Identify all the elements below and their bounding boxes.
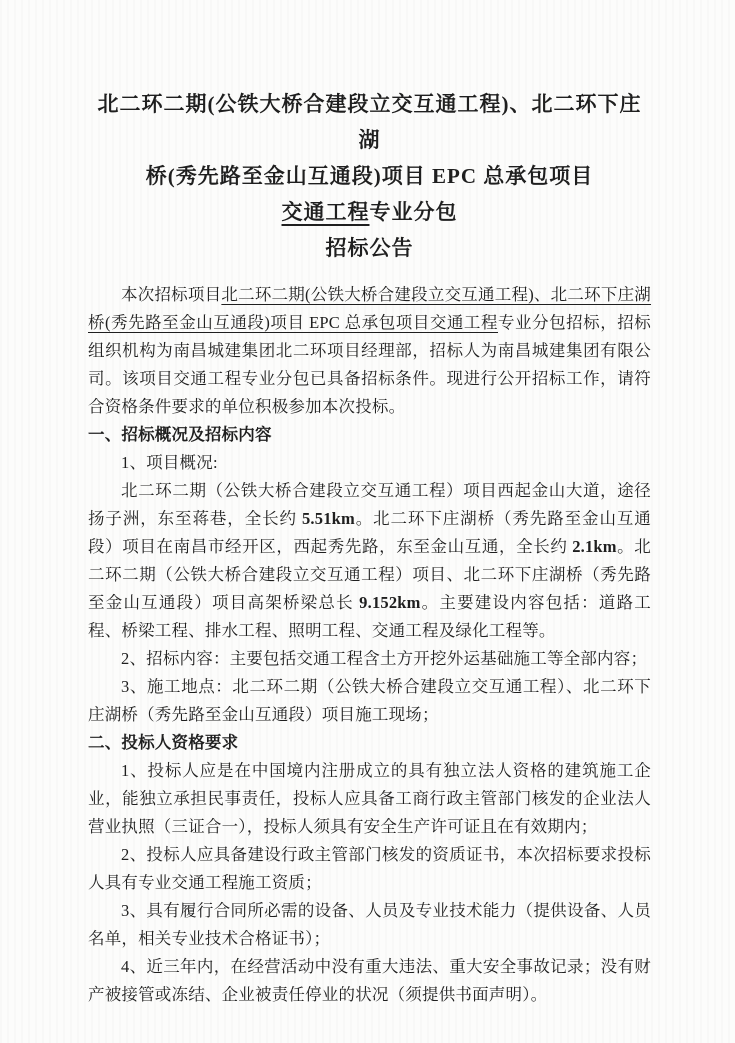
section1-item3-construction-site: 3、施工地点：北二环二期（公铁大桥合建段立交互通工程）、北二环下庄湖桥（秀先路至…: [88, 673, 651, 729]
title-line-1: 北二环二期(公铁大桥合建段立交互通工程)、北二环下庄湖: [88, 86, 651, 158]
title-line-4-announcement: 招标公告: [88, 230, 651, 266]
section2-item3-capability: 3、具有履行合同所必需的设备、人员及专业技术能力（提供设备、人员名单，相关专业技…: [88, 897, 651, 953]
section2-item4-record: 4、近三年内，在经营活动中没有重大违法、重大安全事故记录；没有财产被接管或冻结、…: [88, 953, 651, 1009]
section1-item1-label: 1、项目概况:: [88, 449, 651, 477]
intro-paragraph: 本次招标项目北二环二期(公铁大桥合建段立交互通工程)、北二环下庄湖桥(秀先路至金…: [88, 281, 651, 421]
title-line-3-rest: 专业分包: [370, 200, 458, 224]
scanned-document-page: 北二环二期(公铁大桥合建段立交互通工程)、北二环下庄湖 桥(秀先路至金山互通段)…: [0, 0, 735, 1043]
section1-heading: 一、招标概况及招标内容: [88, 421, 651, 449]
title-line-2: 桥(秀先路至金山互通段)项目 EPC 总承包项目: [88, 158, 651, 194]
document-body: 本次招标项目北二环二期(公铁大桥合建段立交互通工程)、北二环下庄湖桥(秀先路至金…: [88, 281, 651, 1009]
section2-item2-qualification: 2、投标人应具备建设行政主管部门核发的资质证书，本次招标要求投标人具有专业交通工…: [88, 841, 651, 897]
section1-item2-bid-content: 2、招标内容：主要包括交通工程含土方开挖外运基础施工等全部内容；: [88, 645, 651, 673]
overview-length-1: 5.51km: [302, 509, 355, 528]
intro-prefix: 本次招标项目: [121, 285, 221, 304]
title-underlined-segment: 交通工程: [282, 200, 370, 224]
project-overview-paragraph: 北二环二期（公铁大桥合建段立交互通工程）项目西起金山大道，途径扬子洲，东至蒋巷，…: [88, 477, 651, 645]
section2-heading: 二、投标人资格要求: [88, 729, 651, 757]
overview-length-3: 9.152km: [359, 593, 420, 612]
document-title: 北二环二期(公铁大桥合建段立交互通工程)、北二环下庄湖 桥(秀先路至金山互通段)…: [88, 86, 651, 266]
overview-length-2: 2.1km: [572, 537, 617, 556]
section2-item1-legal-entity: 1、投标人应是在中国境内注册成立的具有独立法人资格的建筑施工企业，能独立承担民事…: [88, 757, 651, 841]
title-line-3: 交通工程专业分包: [88, 194, 651, 230]
